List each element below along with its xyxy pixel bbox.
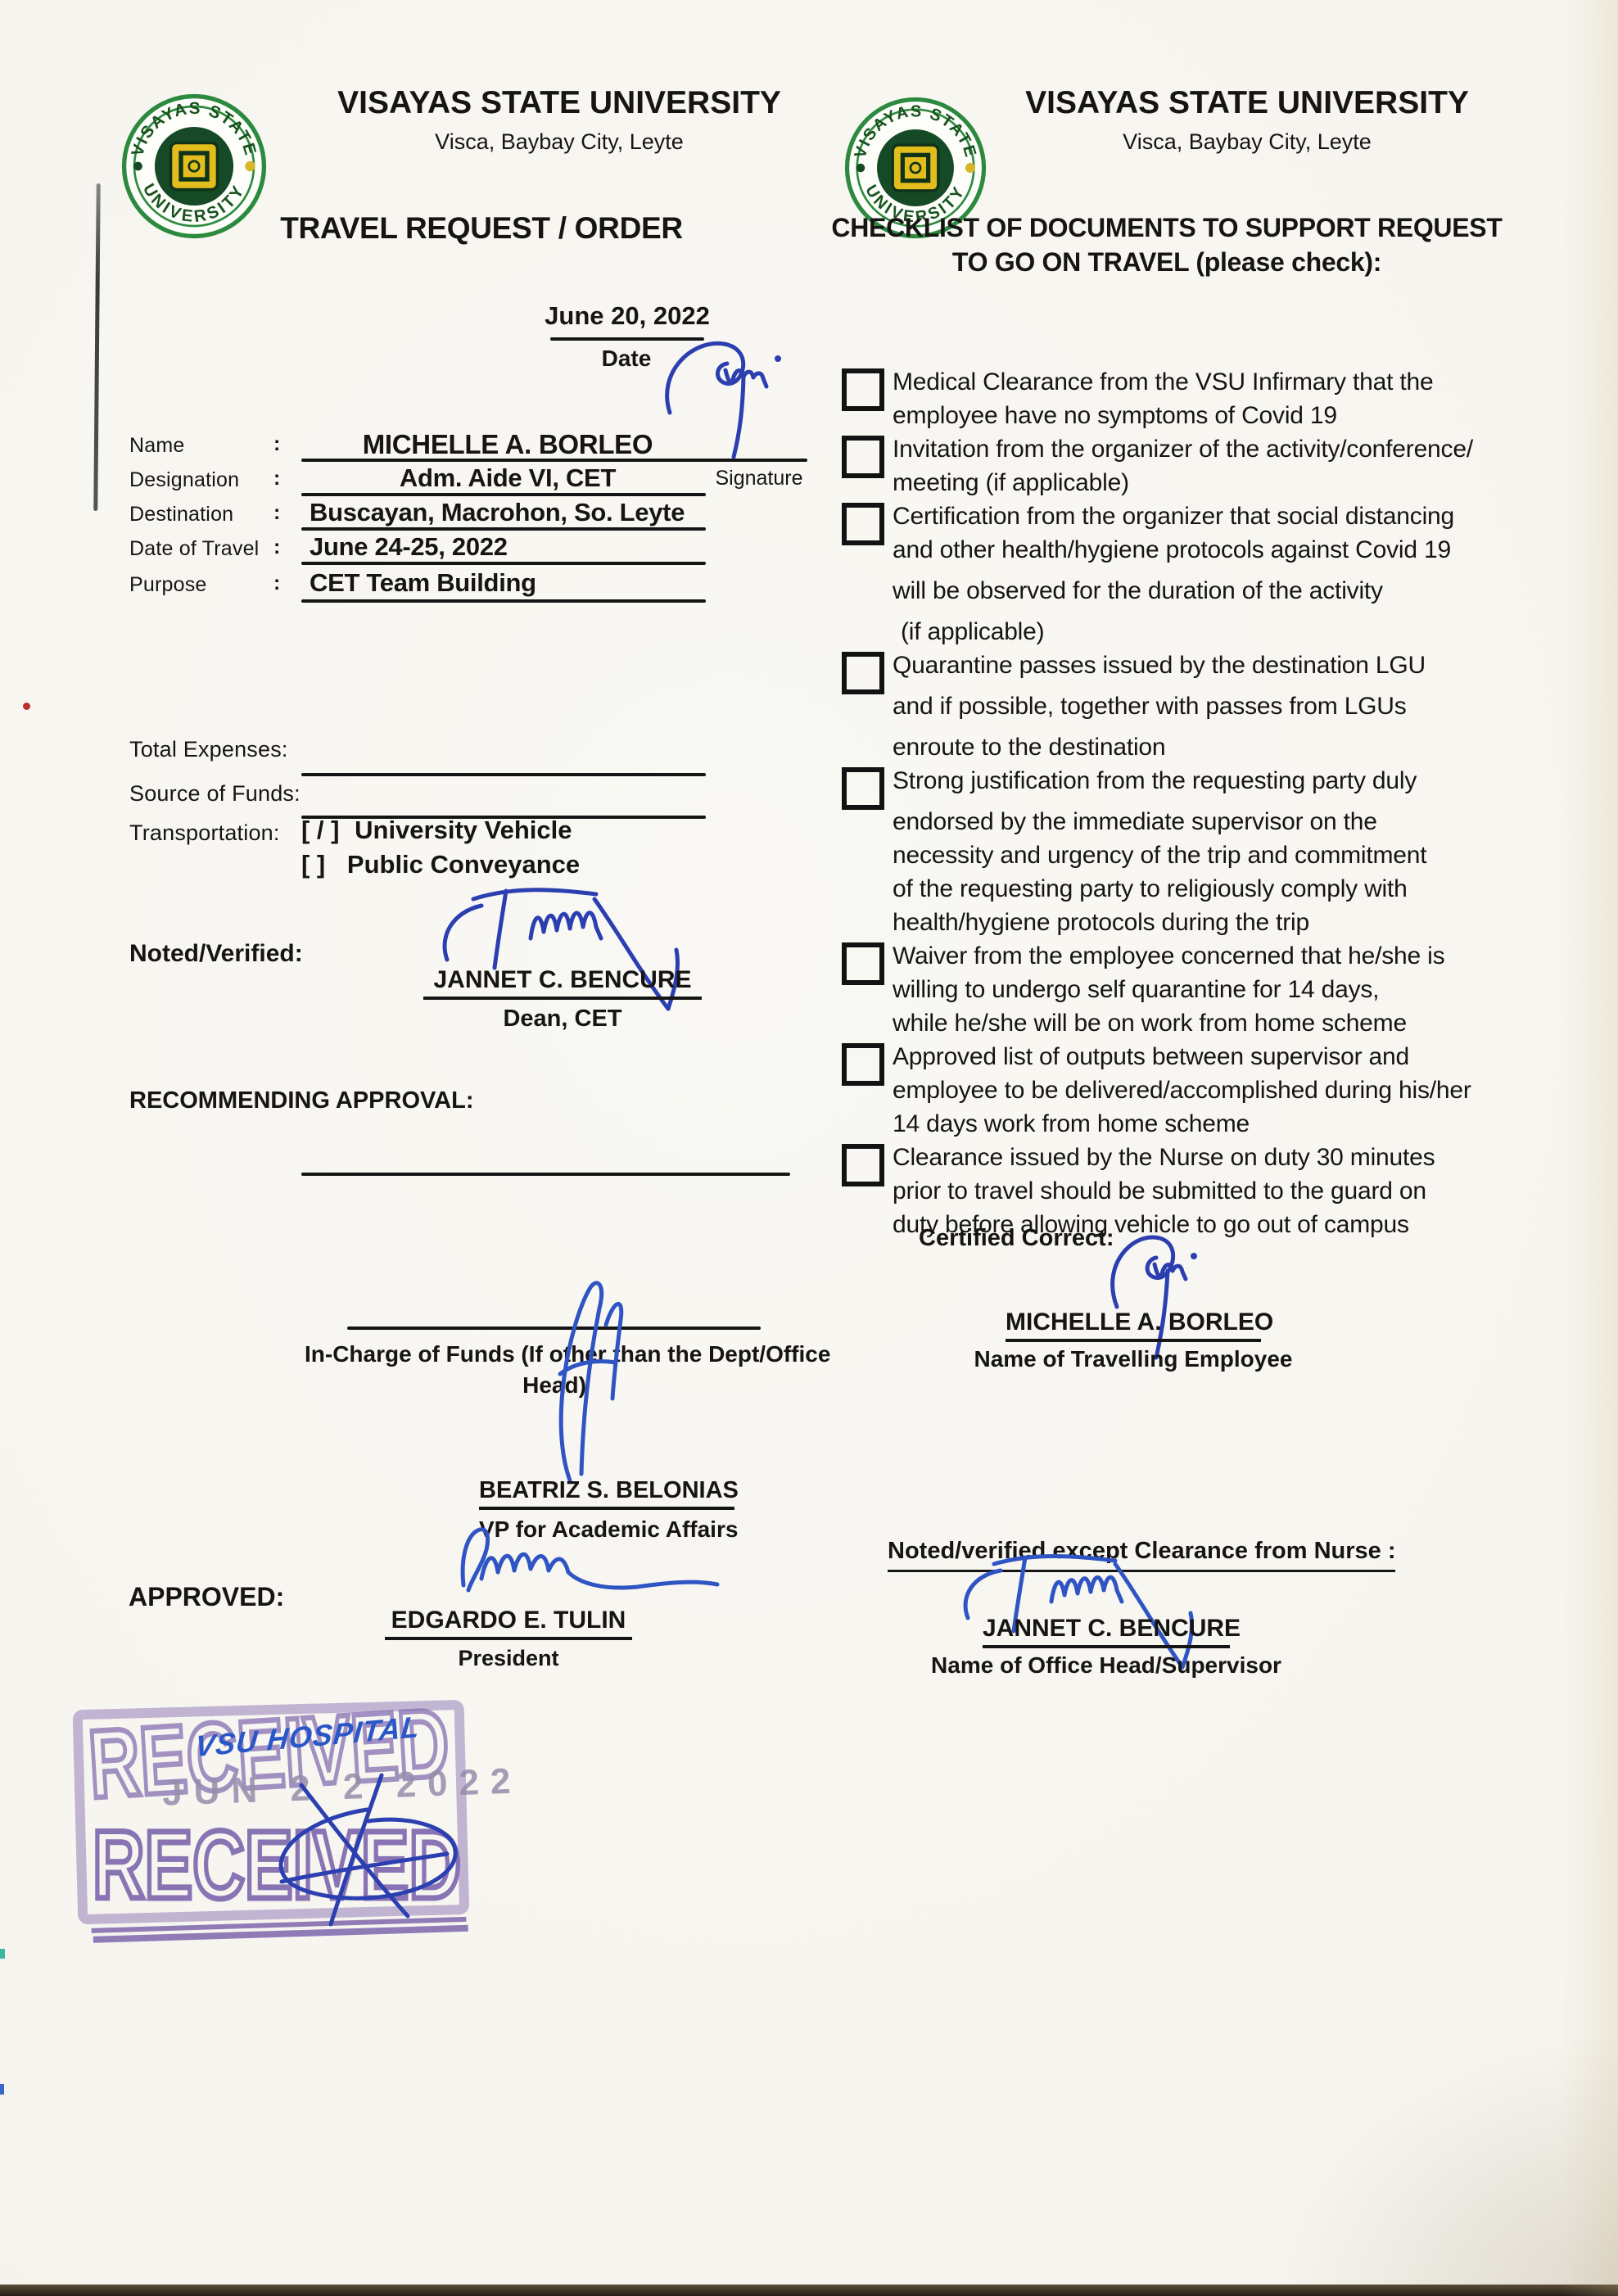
received-stamp-signature bbox=[244, 1752, 490, 1932]
checklist-item: Approved list of outputs between supervi… bbox=[842, 1040, 1583, 1141]
checklist-line: endorsed by the immediate supervisor on … bbox=[893, 805, 1583, 838]
checklist-heading-line1: CHECKLIST OF DOCUMENTS TO SUPPORT REQUES… bbox=[831, 213, 1503, 243]
field-line-date-of-travel bbox=[301, 562, 706, 565]
checklist-item: Strong justification from the requesting… bbox=[842, 764, 1583, 939]
checklist-line: Certification from the organizer that so… bbox=[893, 499, 1583, 533]
checklist-item: Medical Clearance from the VSU Infirmary… bbox=[842, 365, 1583, 432]
colon: : bbox=[273, 432, 281, 456]
field-label-purpose: Purpose bbox=[129, 573, 207, 597]
transport-option-university-vehicle: [ / ] University Vehicle bbox=[301, 816, 572, 845]
checklist-item: Certification from the organizer that so… bbox=[842, 499, 1583, 649]
edge-speck bbox=[0, 1949, 5, 1959]
checkbox-invitation bbox=[842, 436, 884, 478]
checkbox-strong-justification bbox=[842, 767, 884, 810]
date-value: June 20, 2022 bbox=[540, 301, 714, 331]
checklist-line: willing to undergo self quarantine for 1… bbox=[893, 973, 1583, 1006]
checklist-line: health/hygiene protocols during the trip bbox=[893, 906, 1583, 939]
checklist-line: Approved list of outputs between supervi… bbox=[893, 1040, 1583, 1073]
checkbox-waiver bbox=[842, 942, 884, 985]
approved-title: President bbox=[385, 1646, 632, 1671]
left-org-address: Visca, Baybay City, Leyte bbox=[355, 129, 764, 155]
checkbox-quarantine-passes bbox=[842, 652, 884, 694]
checklist-line: and other health/hygiene protocols again… bbox=[893, 533, 1583, 567]
checklist-line: employee to be delivered/accomplished du… bbox=[893, 1073, 1583, 1107]
checkbox-approved-outputs bbox=[842, 1043, 884, 1086]
approved-name: EDGARDO E. TULIN bbox=[385, 1607, 632, 1640]
field-label-name: Name bbox=[129, 434, 185, 458]
checklist-line: Medical Clearance from the VSU Infirmary… bbox=[893, 365, 1583, 399]
signature-beatriz-belonias bbox=[491, 1274, 663, 1503]
checklist-item: Waiver from the employee concerned that … bbox=[842, 939, 1583, 1040]
seal-right-glyph bbox=[245, 161, 255, 171]
checkbox-university-vehicle: [ / ] bbox=[301, 816, 340, 844]
colon: : bbox=[273, 536, 281, 559]
field-line-destination bbox=[301, 527, 706, 531]
checklist-line: meeting (if applicable) bbox=[893, 466, 1583, 499]
seal-right-glyph bbox=[965, 163, 975, 173]
signature-michelle-borleo bbox=[647, 334, 802, 469]
checklist-line: prior to travel should be submitted to t… bbox=[893, 1174, 1583, 1208]
seal-left-glyph bbox=[133, 162, 142, 171]
transportation-label: Transportation: bbox=[129, 820, 280, 846]
total-expenses-label: Total Expenses: bbox=[129, 737, 288, 762]
field-line-purpose bbox=[301, 599, 706, 603]
field-value-name: MICHELLE A. BORLEO bbox=[311, 429, 704, 460]
source-of-funds-label: Source of Funds: bbox=[129, 781, 301, 807]
field-label-destination: Destination bbox=[129, 503, 233, 527]
checklist-item: Invitation from the organizer of the act… bbox=[842, 432, 1583, 499]
red-ink-dot bbox=[23, 703, 30, 710]
checklist-line: Waiver from the employee concerned that … bbox=[893, 939, 1583, 973]
checklist-line: Invitation from the organizer of the act… bbox=[893, 432, 1583, 466]
edge-speck bbox=[0, 2084, 4, 2095]
scanned-travel-request-document: VISAYAS STATE UNIVERSITY VISAYAS STATE U… bbox=[0, 0, 1618, 2296]
certified-title: Name of Travelling Employee bbox=[965, 1346, 1302, 1372]
checkbox-nurse-clearance bbox=[842, 1144, 884, 1186]
field-label-designation: Designation bbox=[129, 468, 239, 492]
scan-bottom-edge bbox=[0, 2285, 1618, 2296]
checklist-line: of the requesting party to religiously c… bbox=[893, 872, 1583, 906]
total-expenses-line bbox=[301, 773, 706, 776]
certified-name: MICHELLE A. BORLEO bbox=[1006, 1308, 1261, 1342]
checklist-item: Quarantine passes issued by the destinat… bbox=[842, 649, 1583, 764]
left-org-name: VISAYAS STATE UNIVERSITY bbox=[293, 85, 825, 121]
checklist-line: 14 days work from home scheme bbox=[893, 1107, 1583, 1141]
recommending-approval-line bbox=[301, 1173, 790, 1176]
seal-left-glyph bbox=[856, 164, 865, 172]
checkbox-public-conveyance: [ ] bbox=[301, 850, 325, 879]
form-title: TRAVEL REQUEST / ORDER bbox=[277, 211, 686, 246]
field-value-purpose: CET Team Building bbox=[310, 568, 536, 598]
checklist-line: Clearance issued by the Nurse on duty 30… bbox=[893, 1141, 1583, 1174]
corner-shadow bbox=[1274, 2034, 1618, 2296]
checklist-line: will be observed for the duration of the… bbox=[893, 574, 1583, 608]
checklist-heading-line2: TO GO ON TRAVEL (please check): bbox=[831, 247, 1503, 278]
staple-mark bbox=[93, 183, 100, 511]
checkbox-certification-social-distancing bbox=[842, 503, 884, 545]
right-org-name: VISAYAS STATE UNIVERSITY bbox=[981, 85, 1513, 121]
noted-verified-title: Dean, CET bbox=[440, 1006, 685, 1033]
approved-label: APPROVED: bbox=[129, 1582, 284, 1612]
field-value-date-of-travel: June 24-25, 2022 bbox=[310, 532, 508, 562]
right-org-address: Visca, Baybay City, Leyte bbox=[1042, 129, 1452, 155]
checklist-line: (if applicable) bbox=[893, 615, 1583, 649]
checklist-line: enroute to the destination bbox=[893, 730, 1583, 764]
checklist-line: employee have no symptoms of Covid 19 bbox=[893, 399, 1583, 432]
office-head-name: JANNET C. BENCURE bbox=[983, 1615, 1230, 1648]
field-line-designation bbox=[301, 493, 706, 496]
checklist-line: and if possible, together with passes fr… bbox=[893, 689, 1583, 723]
noted-verified-label: Noted/Verified: bbox=[129, 940, 303, 968]
vsu-seal-left: VISAYAS STATE UNIVERSITY bbox=[121, 93, 267, 239]
checklist-line: Quarantine passes issued by the destinat… bbox=[893, 649, 1583, 682]
colon: : bbox=[273, 501, 281, 525]
checklist: Medical Clearance from the VSU Infirmary… bbox=[842, 365, 1583, 1241]
signature-caption: Signature bbox=[714, 467, 804, 490]
field-value-designation: Adm. Aide VI, CET bbox=[311, 463, 704, 493]
field-value-destination: Buscayan, Macrohon, So. Leyte bbox=[310, 498, 685, 527]
checkbox-medical-clearance bbox=[842, 368, 884, 411]
checklist-line: Strong justification from the requesting… bbox=[893, 764, 1583, 798]
noted-verified-name: JANNET C. BENCURE bbox=[423, 966, 702, 1000]
field-label-date-of-travel: Date of Travel bbox=[129, 537, 259, 561]
transport-option-label: University Vehicle bbox=[355, 816, 572, 844]
checklist-line: necessity and urgency of the trip and co… bbox=[893, 838, 1583, 872]
office-head-title: Name of Office Head/Supervisor bbox=[924, 1652, 1289, 1679]
colon: : bbox=[273, 467, 281, 490]
recommending-approval-label: RECOMMENDING APPROVAL: bbox=[129, 1087, 474, 1114]
colon: : bbox=[273, 572, 281, 595]
checklist-line: while he/she will be on work from home s… bbox=[893, 1006, 1583, 1040]
